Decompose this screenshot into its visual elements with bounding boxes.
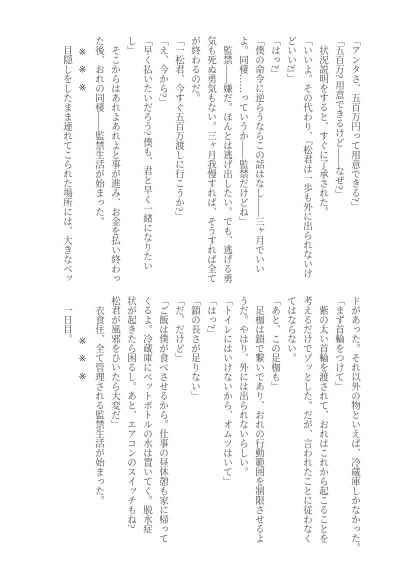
text-line: うだ。やはり、外には出られないらしい。 [234,296,250,560]
text-line: 「はっ?」 [266,36,282,288]
text-line: た後、おれの同棲——監禁生活が始まった。 [90,36,106,288]
text-line: くるよ。冷蔵庫にペットボトルの水は置いてく。脱水症 [138,296,154,560]
text-line: ドがあった。それ以外の物といえば、冷蔵庫しかなかった。 [346,296,362,560]
text-line: 「だ、だけど」 [170,296,186,560]
text-line: 状が起きたら困るし。あと、エアコンのスイッチもね? [122,296,138,560]
text-line: 「はっ?」 [202,296,218,560]
section-break: ※※※ [74,36,90,288]
text-line: 監禁——嫌だ。ほんとは逃げ出したい。でも、逃げる勇 [218,36,234,288]
text-line: 状況説明をすると、すぐに了承された。 [314,36,330,288]
text-line: 「僕の命令に逆らうならこの話はなし——三ヶ月でいい [250,36,266,288]
text-band-bottom: ドがあった。それ以外の物といえば、冷蔵庫しかなかった。 「まず首輪をつけて」 紫… [58,296,362,560]
text-line: 足枷は鎖で繋いであり、おれの行動範囲を制限させるよ [250,296,266,560]
text-line: 「早く払いたいだろう? 僕も、君と早く一緒になりたい [138,36,154,288]
text-line: よ。同棲……っていうか——監禁だけどね」 [234,36,250,288]
text-line: 衣食住、全て管理される監禁生活が始まった。 [90,296,106,560]
text-line: 「一松君、今すぐ五百万渡しに行こうか?」 [170,36,186,288]
text-line: 「アンタさ、五百万円って用意できる?」 [346,36,362,288]
text-line: 紫の太い首輪を渡されて、おれはこれから起こることを [314,296,330,560]
text-line: 「まず首輪をつけて」 [330,296,346,560]
text-line: 「鎖の長さが足りない」 [186,296,202,560]
text-line: てはならない。 [282,296,298,560]
text-line: 目隠しをしたまま連れてこられた場所には、大きなベッ [58,36,74,288]
text-line: 気も死ぬ勇気もない。三ヶ月我慢すれば、そうすれば全て [202,36,218,288]
text-line: し」 [122,36,138,288]
text-line: 「五百万? 用意できるけど——なぜ?」 [330,36,346,288]
text-line: そこからはあれよあれよと事が進み、お金を払い終わっ [106,36,122,288]
text-line: 「ご飯は僕が食べさせるから。仕事の昼休憩も家に帰って [154,296,170,560]
page: 「アンタさ、五百万円って用意できる?」 「五百万? 用意できるけど——なぜ?」 … [0,0,400,567]
text-line: が終わるのだ。 [186,36,202,288]
text-line: 「いいよ。その代わり、『松君は一歩も外に出られないけ [298,36,314,288]
text-line: どいい?』」 [282,36,298,288]
text-line: 「トイレにはいけないから、オムツはいて」 [218,296,234,560]
section-break: ※※※ [74,296,90,560]
text-line: 松君が風邪をひいたら大変だ」 [106,296,122,560]
text-band-top: 「アンタさ、五百万円って用意できる?」 「五百万? 用意できるけど——なぜ?」 … [58,36,362,288]
text-line: 考えるだけでゾッとした。だが、言われたことに従わなく [298,296,314,560]
text-line: 一日目。 [58,296,74,560]
text-line: 「え、今から?」 [154,36,170,288]
text-line: 「あと、この足枷も」 [266,296,282,560]
